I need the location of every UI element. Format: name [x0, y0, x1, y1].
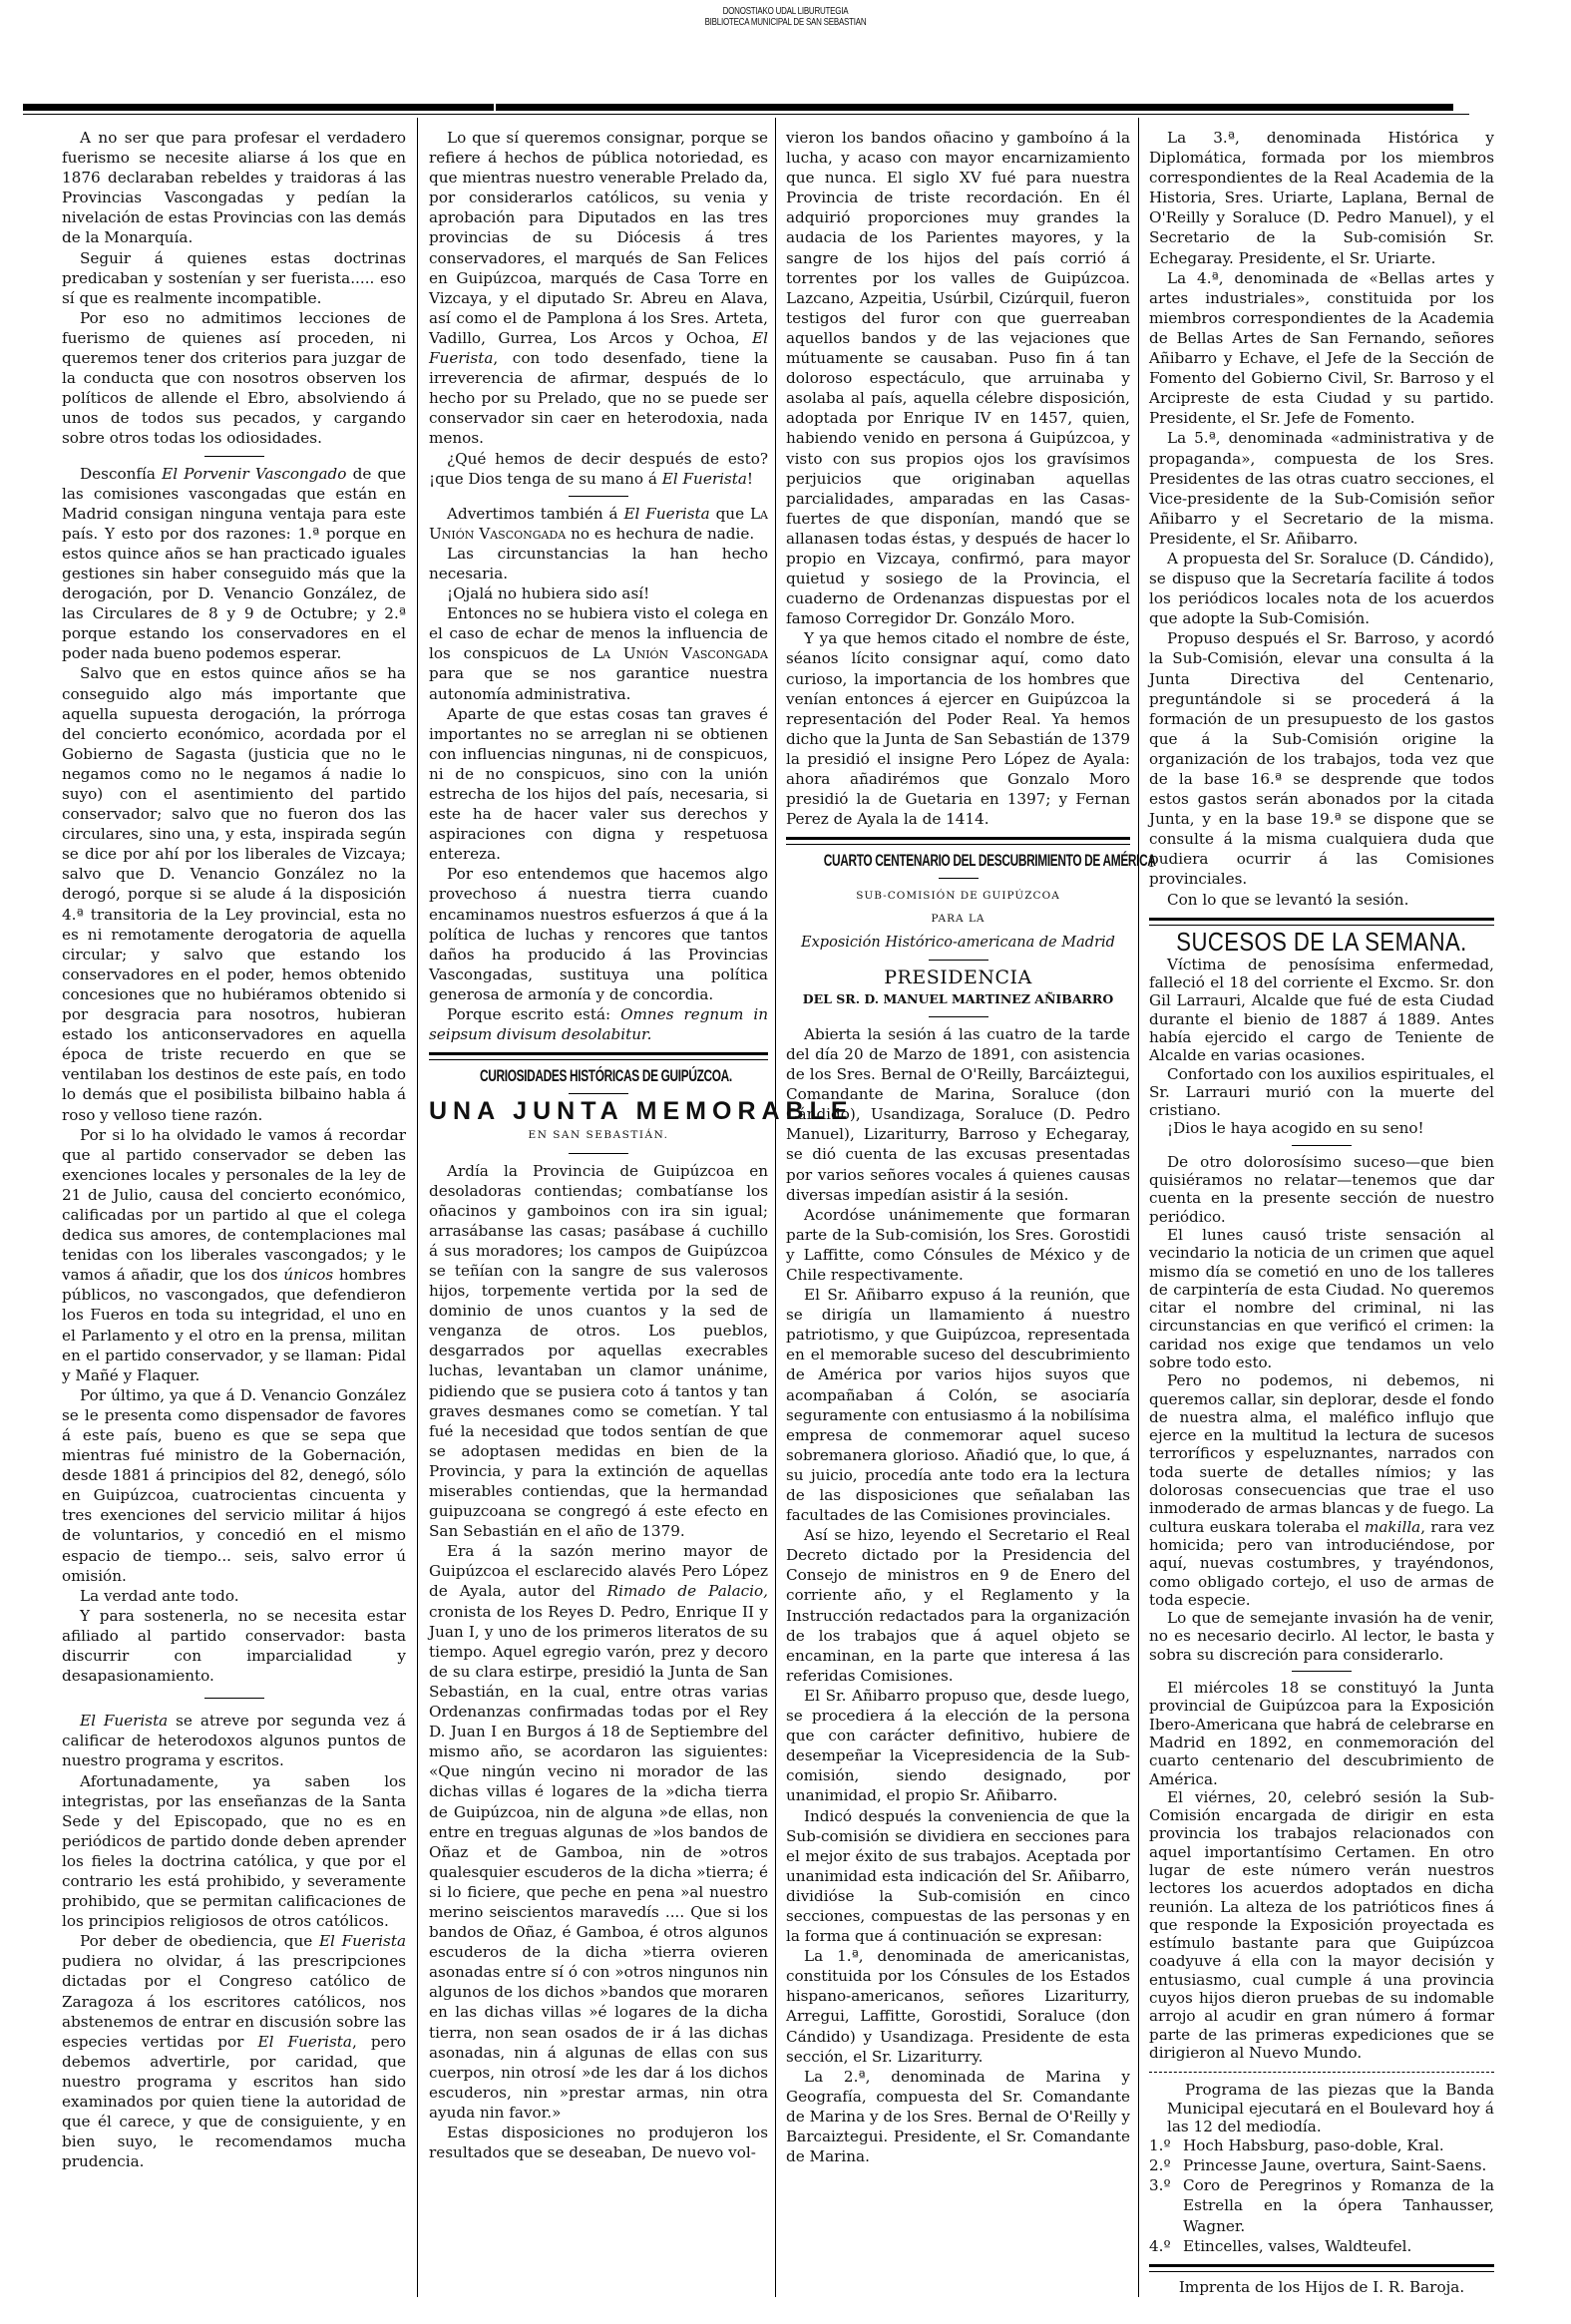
paragraph: Aparte de que estas cosas tan graves é i…	[429, 704, 768, 865]
programa-item: 4.ºEtincelles, valses, Waldteufel.	[1149, 2236, 1494, 2256]
section-title: CURIOSIDADES HISTÓRICAS DE GUIPÚZCOA.	[480, 1066, 717, 1086]
paragraph: Las circunstancias la han hecho necesari…	[429, 544, 768, 583]
article-subtitle: EN SAN SEBASTIÁN.	[429, 1125, 768, 1145]
paragraph: El Sr. Añibarro expuso á la reunión, que…	[786, 1285, 1130, 1525]
paragraph: Indicó después la conveniencia de que la…	[786, 1806, 1130, 1947]
paragraph: Pero no podemos, ni debemos, ni queremos…	[1149, 1371, 1494, 1609]
column-1: A no ser que para profesar el verdadero …	[62, 128, 406, 2171]
separator	[569, 496, 628, 497]
separator	[939, 878, 979, 879]
column-3: vieron los bandos oñacino y gamboíno á l…	[786, 128, 1130, 2166]
column-divider	[1138, 118, 1139, 2297]
paragraph-olvidado: Por si lo ha olvidado le vamos á recorda…	[62, 1125, 406, 1385]
sub-heading: SUB-COMISIÓN DE GUIPÚZCOA	[786, 886, 1130, 906]
newspaper-name: El Porvenir Vascongado	[162, 465, 346, 483]
paragraph-obediencia: Por deber de obediencia, que El Fuerista…	[62, 1931, 406, 2171]
separator	[204, 456, 264, 457]
paragraph-fuerista: El Fuerista se atreve por segunda vez á …	[62, 1711, 406, 1770]
paragraph: El Sr. Añibarro propuso que, desde luego…	[786, 1686, 1130, 1806]
paragraph: La 2.ª, denominada de Marina y Geografía…	[786, 2067, 1130, 2166]
section-rule	[429, 1052, 768, 1060]
paragraph: De otro dolorosísimo suceso—que bien qui…	[1149, 1153, 1494, 1226]
paragraph: Por eso no admitimos lecciones de fueris…	[62, 308, 406, 449]
separator	[569, 1153, 628, 1154]
paragraph: Entonces no se hubiera visto el colega e…	[429, 603, 768, 703]
paragraph-prelado: Lo que sí queremos consignar, porque se …	[429, 128, 768, 449]
paragraph: El viérnes, 20, celebró sesión la Sub-Co…	[1149, 1788, 1494, 2062]
paragraph: La 5.ª, denominada «administrativa y de …	[1149, 428, 1494, 549]
paragraph: Y para sostenerla, no se necesita estar …	[62, 1606, 406, 1686]
section-title: SUCESOS DE LA SEMANA.	[1175, 932, 1468, 952]
paragraph: La 1.ª, denominada de americanistas, con…	[786, 1946, 1130, 2067]
section-title: CUARTO CENTENARIO DEL DESCUBRIMIENTO DE …	[824, 851, 1093, 871]
top-rule-thin	[23, 114, 1469, 115]
programa-item: 3.ºCoro de Peregrinos y Romanza de la Es…	[1149, 2175, 1494, 2235]
paragraph: Afortunadamente, ya saben los integrista…	[62, 1771, 406, 1932]
paragraph: vieron los bandos oñacino y gamboíno á l…	[786, 128, 1130, 628]
paragraph: Ardía la Provincia de Guipúzcoa en desol…	[429, 1161, 768, 1542]
paragraph: Abierta la sesión á las cuatro de la tar…	[786, 1024, 1130, 1205]
paragraph: Víctima de penosísima enfermedad, fallec…	[1149, 956, 1494, 1065]
book-title: Rimado de Palacio,	[607, 1582, 768, 1600]
section-rule	[786, 837, 1130, 845]
programa-intro: Programa de las piezas que la Banda Muni…	[1149, 2081, 1494, 2135]
paragraph: Era á la sazón merino mayor de Guipúzcoa…	[429, 1541, 768, 2123]
paragraph: Acordóse unánimemente que formaran parte…	[786, 1205, 1130, 1285]
section-rule	[1149, 918, 1494, 926]
sub-heading: PARA LA	[786, 909, 1130, 929]
archive-header-line1: DONOSTIAKO UDAL LIBURUTEGIA	[158, 6, 1414, 17]
column-4: La 3.ª, denominada Histórica y Diplomáti…	[1149, 128, 1494, 2296]
paragraph: ¡Ojalá no hubiera sido así!	[429, 583, 768, 603]
paragraph: Por último, ya que á D. Venancio Gonzále…	[62, 1385, 406, 1586]
separator	[1292, 1145, 1352, 1146]
sub-heading-italic: Exposición Histórico-americana de Madrid	[786, 933, 1130, 953]
archive-header: DONOSTIAKO UDAL LIBURUTEGIA BIBLIOTECA M…	[158, 6, 1414, 28]
paragraph: Estas disposiciones no produjeron los re…	[429, 2123, 768, 2162]
paragraph: Por eso entendemos que hacemos algo prov…	[429, 864, 768, 1004]
paragraph: La 4.ª, denominada de «Bellas artes y ar…	[1149, 268, 1494, 429]
paragraph: Lo que de semejante invasión ha de venir…	[1149, 1609, 1494, 1664]
section-rule	[1149, 2264, 1494, 2272]
separator	[929, 960, 988, 961]
paragraph: A propuesta del Sr. Soraluce (D. Cándido…	[1149, 549, 1494, 628]
column-divider	[417, 118, 418, 2297]
presidente-heading: DEL SR. D. MANUEL MARTINEZ AÑIBARRO	[786, 989, 1130, 1009]
separator	[929, 1016, 988, 1017]
paragraph: Y ya que hemos citado el nombre de éste,…	[786, 628, 1130, 829]
top-rule-right	[496, 104, 1453, 111]
paragraph: Seguir á quienes estas doctrinas predica…	[62, 248, 406, 308]
paragraph: ¡Dios le haya acogido en su seno!	[1149, 1119, 1494, 1137]
paragraph: La 3.ª, denominada Histórica y Diplomáti…	[1149, 128, 1494, 268]
sucesos-section: Víctima de penosísima enfermedad, fallec…	[1149, 956, 1494, 2296]
programa-item: 2.ºPrincesse Jaune, overtura, Saint-Saen…	[1149, 2155, 1494, 2175]
paragraph: Así se hizo, leyendo el Secretario el Re…	[786, 1525, 1130, 1686]
paragraph: Advertimos también á El Fuerista que La …	[429, 504, 768, 544]
paragraph: Confortado con los auxilios espirituales…	[1149, 1065, 1494, 1120]
separator	[569, 1093, 628, 1094]
printer-imprint: Imprenta de los Hijos de I. R. Baroja.	[1149, 2278, 1494, 2296]
paragraph: Propuso después el Sr. Barroso, y acordó…	[1149, 628, 1494, 889]
paragraph: El miércoles 18 se constituyó la Junta p…	[1149, 1679, 1494, 1788]
column-divider	[775, 118, 776, 2297]
archive-header-line2: BIBLIOTECA MUNICIPAL DE SAN SEBASTIAN	[158, 17, 1414, 28]
paragraph: Salvo que en estos quince años se ha con…	[62, 663, 406, 1124]
paragraph: La verdad ante todo.	[62, 1586, 406, 1606]
separator	[1292, 1671, 1352, 1672]
paragraph: ¿Qué hemos de decir después de esto? ¡qu…	[429, 449, 768, 489]
programa-item: 1.ºHoch Habsburg, paso-doble, Kral.	[1149, 2135, 1494, 2155]
article-title: UNA JUNTA MEMORABLE	[429, 1101, 768, 1121]
presidencia-heading: PRESIDENCIA	[786, 968, 1130, 987]
separator-dotted	[1149, 2072, 1494, 2073]
paragraph: A no ser que para profesar el verdadero …	[62, 128, 406, 248]
paragraph: Con lo que se levantó la sesión.	[1149, 890, 1494, 910]
paragraph-porvenir: Desconfía El Porvenir Vascongado de que …	[62, 464, 406, 664]
separator	[204, 1698, 264, 1699]
column-2: Lo que sí queremos consignar, porque se …	[429, 128, 768, 2162]
paragraph: Porque escrito está: Omnes regnum in sei…	[429, 1004, 768, 1044]
newspaper-name: El Fuerista	[80, 1712, 168, 1730]
paragraph: El lunes causó triste sensación al vecin…	[1149, 1226, 1494, 1371]
top-rule-left	[23, 104, 494, 111]
